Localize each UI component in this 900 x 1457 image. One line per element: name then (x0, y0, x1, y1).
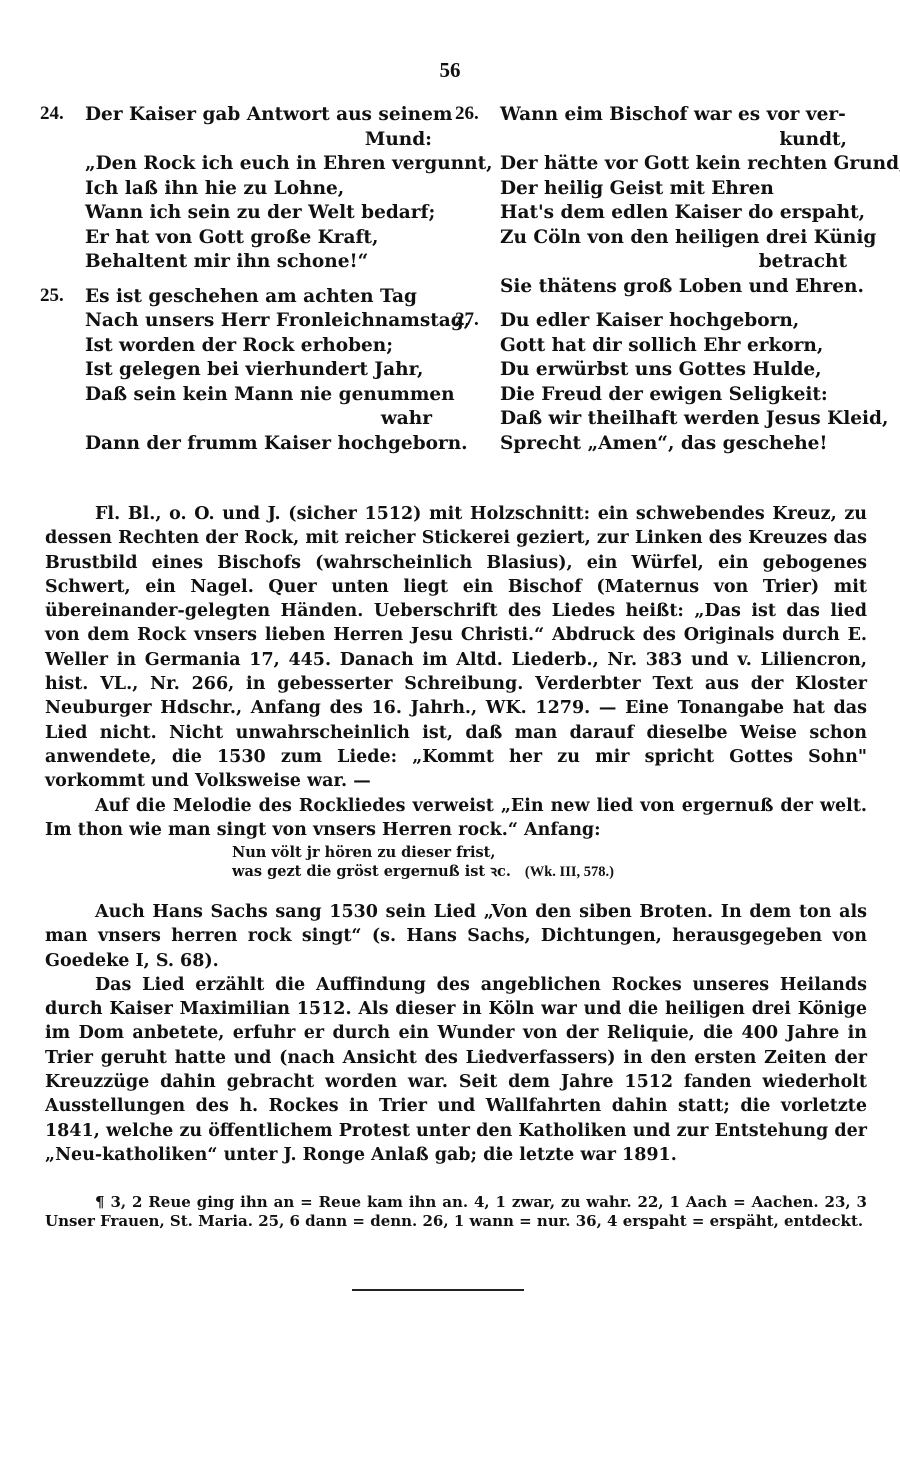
stanza-number: 25. (40, 285, 64, 307)
verse-line: Der Kaiser gab Antwort aus seinem (85, 103, 432, 128)
verse-line: Der hätte vor Gott kein rechten Grund, (500, 152, 847, 177)
verse-line: Gott hat dir sollich Ehr erkorn, (500, 334, 847, 359)
stanza-number: 27. (455, 309, 479, 331)
verse-line: wahr (85, 407, 432, 432)
verse-line: Hat's dem edlen Kaiser do erspaht, (500, 201, 847, 226)
verse-line: Er hat von Gott große Kraft, (85, 226, 432, 251)
commentary-paragraph-melody: Auf die Melodie des Rockliedes verweist … (45, 794, 867, 843)
commentary-paragraph-woodcut: Fl. Bl., o. O. und J. (sicher 1512) mit … (45, 502, 867, 794)
verse-line: Ich laß ihn hie zu Lohne, (85, 177, 432, 202)
quoted-verse-line: Nun völt jr hören zu dieser frist, (232, 843, 614, 862)
verse-line: Zu Cöln von den heiligen drei Künig (500, 226, 847, 251)
poem-right-column: 26.Wann eim Bischof war es vor ver-kundt… (455, 103, 847, 466)
verse-line: Dann der frumm Kaiser hochgeborn. (85, 432, 432, 457)
quoted-verse-line: was gezt die gröst ergernuß ist ꝛc.(Wk. … (232, 862, 614, 882)
verse-line: Daß wir theilhaft werden Jesus Kleid, (500, 407, 847, 432)
verse-line: Wann ich sein zu der Welt bedarf; (85, 201, 432, 226)
poem-left-column: 24.Der Kaiser gab Antwort aus seinemMund… (40, 103, 432, 466)
stanza-number: 26. (455, 103, 479, 125)
commentary-block-1: Fl. Bl., o. O. und J. (sicher 1512) mit … (45, 502, 867, 842)
textual-notes-text: ¶ 3, 2 Reue ging ihn an = Reue kam ihn a… (45, 1193, 867, 1230)
verse-line: Behaltent mir ihn schone!“ (85, 250, 432, 275)
quoted-verse-text: was gezt die gröst ergernuß ist ꝛc. (232, 863, 511, 880)
verse-line: Nach unsers Herr Fronleichnamstag, (85, 309, 432, 334)
verse-line: Ist gelegen bei vierhundert Jahr, (85, 358, 432, 383)
page-number: 56 (0, 58, 900, 83)
verse-line: kundt, (500, 128, 847, 153)
verse-line: Der heilig Geist mit Ehren (500, 177, 847, 202)
verse-line: Sie thätens groß Loben und Ehren. (500, 275, 847, 300)
commentary-paragraph-history: Das Lied erzählt die Auffindung des ange… (45, 973, 867, 1167)
verse-line: Ist worden der Rock erhoben; (85, 334, 432, 359)
stanza-number: 24. (40, 103, 64, 125)
quoted-verse: Nun völt jr hören zu dieser frist, was g… (232, 843, 614, 882)
stanza: 27.Du edler Kaiser hochgeborn,Gott hat d… (455, 309, 847, 456)
verse-line: Daß sein kein Mann nie genummen (85, 383, 432, 408)
verse-line: Sprecht „Amen“, das geschehe! (500, 432, 847, 457)
verse-line: Wann eim Bischof war es vor ver- (500, 103, 847, 128)
commentary-paragraph-hans-sachs: Auch Hans Sachs sang 1530 sein Lied „Von… (45, 900, 867, 973)
verse-line: „Den Rock ich euch in Ehren vergunnt, (85, 152, 432, 177)
stanza: 25.Es ist geschehen am achten TagNach un… (40, 285, 432, 457)
verse-line: betracht (500, 250, 847, 275)
stanza: 26.Wann eim Bischof war es vor ver-kundt… (455, 103, 847, 299)
verse-line: Du erwürbst uns Gottes Hulde, (500, 358, 847, 383)
commentary-block-2: Auch Hans Sachs sang 1530 sein Lied „Von… (45, 900, 867, 1167)
quote-reference: (Wk. III, 578.) (525, 864, 614, 880)
verse-line: Du edler Kaiser hochgeborn, (500, 309, 847, 334)
verse-line: Mund: (85, 128, 432, 153)
textual-notes: ¶ 3, 2 Reue ging ihn an = Reue kam ihn a… (45, 1193, 867, 1230)
stanza: 24.Der Kaiser gab Antwort aus seinemMund… (40, 103, 432, 275)
end-rule-divider (352, 1289, 524, 1291)
verse-line: Es ist geschehen am achten Tag (85, 285, 432, 310)
verse-line: Die Freud der ewigen Seligkeit: (500, 383, 847, 408)
